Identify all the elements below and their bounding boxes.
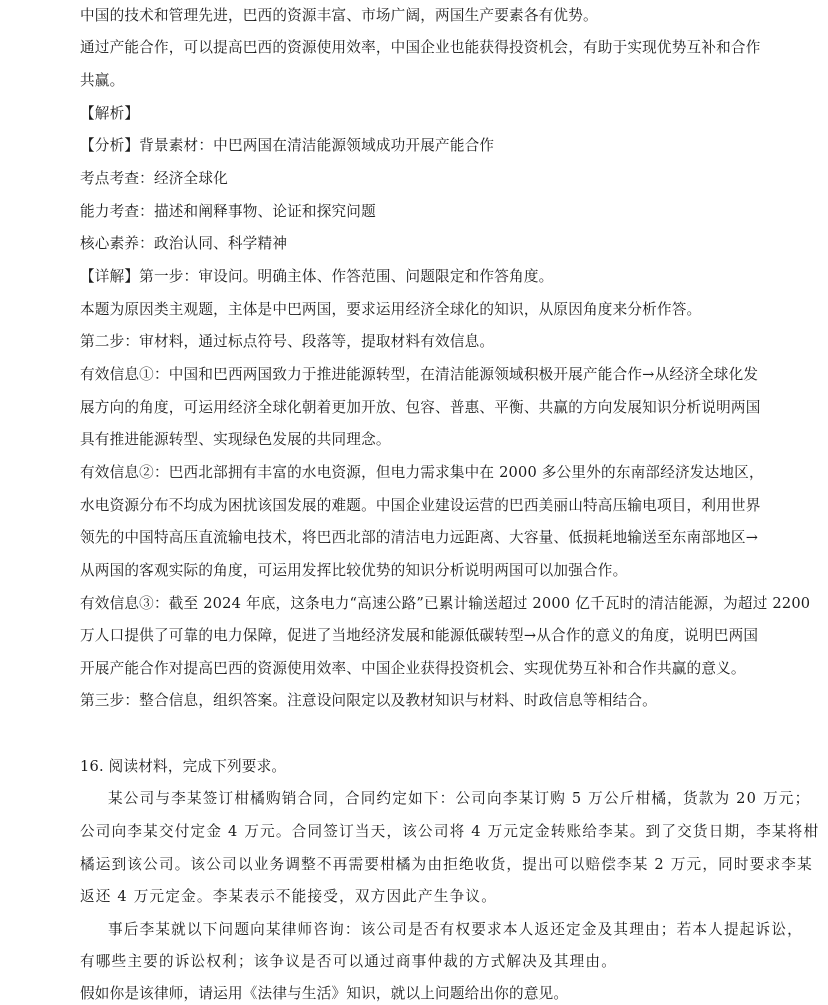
- analysis-suyang: 核心素养：政治认同、科学精神: [80, 234, 287, 254]
- info1-line-1: 有效信息①：中国和巴西两国致力于推进能源转型，在清洁能源领域积极开展产能合作→从…: [80, 365, 758, 385]
- info2-line-1: 有效信息②：巴西北部拥有丰富的水电资源，但电力需求集中在 2000 多公里外的东…: [80, 463, 764, 483]
- info2-line-4: 从两国的客观实际的角度，可运用发挥比较优势的知识分析说明两国可以加强合作。: [80, 561, 627, 581]
- q16-para1-line-1: 某公司与李某签订柑橘购销合同，合同约定如下：公司向李某订购 5 万公斤柑橘，货款…: [108, 789, 810, 809]
- analysis-nengli: 能力考查：描述和阐释事物、论证和探究问题: [80, 202, 376, 222]
- detail-step2: 第二步：审材料，通过标点符号、段落等，提取材料有效信息。: [80, 332, 494, 352]
- info3-line-2: 万人口提供了可靠的电力保障，促进了当地经济发展和能源低碳转型→从合作的意义的角度…: [80, 626, 758, 646]
- answer-line-1: 中国的技术和管理先进，巴西的资源丰富、市场广阔，两国生产要素各有优势。: [80, 6, 598, 26]
- q16-para2-line-2: 有哪些主要的诉讼权利；该争议是否可以通过商事仲裁的方式解决及其理由。: [80, 952, 617, 972]
- q16-para2-line-1: 事后李某就以下问题向某律师咨询：该公司是否有权要求本人返还定金及其理由；若本人提…: [108, 920, 803, 940]
- detail-step1-desc: 本题为原因类主观题，主体是中巴两国，要求运用经济全球化的知识，从原因角度来分析作…: [80, 300, 701, 320]
- analysis-kaodian: 考点考查：经济全球化: [80, 169, 228, 189]
- question-16-title: 16. 阅读材料，完成下列要求。: [80, 757, 286, 777]
- info2-line-2: 水电资源分布不均成为困扰该国发展的难题。中国企业建设运营的巴西美丽山特高压输电项…: [80, 496, 761, 516]
- info3-line-1: 有效信息③：截至 2024 年底，这条电力“高速公路”已累计输送超过 2000 …: [80, 594, 810, 614]
- q16-para1-line-2: 公司向李某交付定金 4 万元。合同签订当天，该公司将 4 万元定金转账给李某。到…: [80, 822, 819, 842]
- answer-line-2: 通过产能合作，可以提高巴西的资源使用效率，中国企业也能获得投资机会，有助于实现优…: [80, 38, 761, 58]
- info1-line-3: 具有推进能源转型、实现绿色发展的共同理念。: [80, 430, 391, 450]
- info1-line-2: 展方向的角度，可运用经济全球化朝着更加开放、包容、普惠、平衡、共赢的方向发展知识…: [80, 398, 761, 418]
- q16-prompt: 假如你是该律师，请运用《法律与生活》知识，就以上问题给出你的意见。: [80, 984, 568, 1004]
- q16-para1-line-4: 返还 4 万元定金。李某表示不能接受，双方因此产生争议。: [80, 887, 497, 907]
- answer-line-3: 共赢。: [80, 71, 124, 91]
- info3-line-3: 开展产能合作对提高巴西的资源使用效率、中国企业获得投资机会、实现优势互补和合作共…: [80, 659, 746, 679]
- detail-step1: 【详解】第一步：审设问。明确主体、作答范围、问题限定和作答角度。: [80, 267, 553, 287]
- analysis-heading: 【解析】: [80, 104, 139, 124]
- analysis-fenxi: 【分析】背景素材：中巴两国在清洁能源领域成功开展产能合作: [80, 136, 494, 156]
- detail-step3: 第三步：整合信息，组织答案。注意设问限定以及教材知识与材料、时政信息等相结合。: [80, 691, 657, 711]
- info2-line-3: 领先的中国特高压直流输电技术，将巴西北部的清洁电力远距离、大容量、低损耗地输送至…: [80, 528, 758, 548]
- q16-para1-line-3: 橘运到该公司。该公司以业务调整不再需要柑橘为由拒绝收货，提出可以赔偿李某 2 万…: [80, 855, 813, 875]
